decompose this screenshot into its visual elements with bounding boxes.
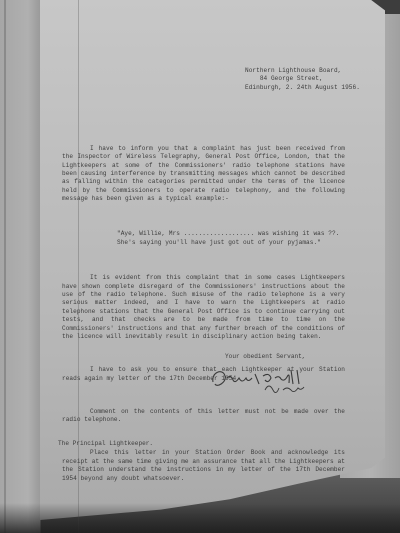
paragraph-no-comment: Comment on the contents of this letter m… <box>62 408 345 425</box>
address-line-3: Edinburgh, 2. 24th August 1956. <box>245 84 360 91</box>
paragraph-warning: It is evident from this complaint that i… <box>62 274 345 341</box>
addressee: The Principal Lightkeeper. <box>58 440 153 447</box>
paragraph-complaint: I have to inform you that a complaint ha… <box>62 145 345 204</box>
underlying-page-left <box>0 0 41 533</box>
signature-title: (Secretary) <box>205 360 210 361</box>
closing-salutation: Your obedient Servant, <box>225 353 305 360</box>
photo-scene: y la ever, e ha Lauri Level en ha Prenl … <box>0 0 400 533</box>
quote-line-2: She's saying you'll have just got out of… <box>117 239 321 246</box>
letter-body: I have to inform you that a complaint ha… <box>62 128 345 508</box>
address-line-1: Northern Lighthouse Board, <box>245 67 341 74</box>
handwritten-signature: George Campbell (Secretary) <box>205 360 345 400</box>
letter-page: Northern Lighthouse Board, 84 George Str… <box>40 0 385 520</box>
binder-edge <box>4 0 6 533</box>
paragraph-order-book: Place this letter in your Station Order … <box>62 449 345 483</box>
page-fold-line <box>78 0 79 533</box>
quote-line-1: "Aye, Willie, Mrs ................... wa… <box>117 230 339 237</box>
quoted-message: "Aye, Willie, Mrs ................... wa… <box>117 230 345 247</box>
sender-address: Northern Lighthouse Board, 84 George Str… <box>245 67 385 92</box>
address-line-2: 84 George Street, <box>260 75 323 82</box>
